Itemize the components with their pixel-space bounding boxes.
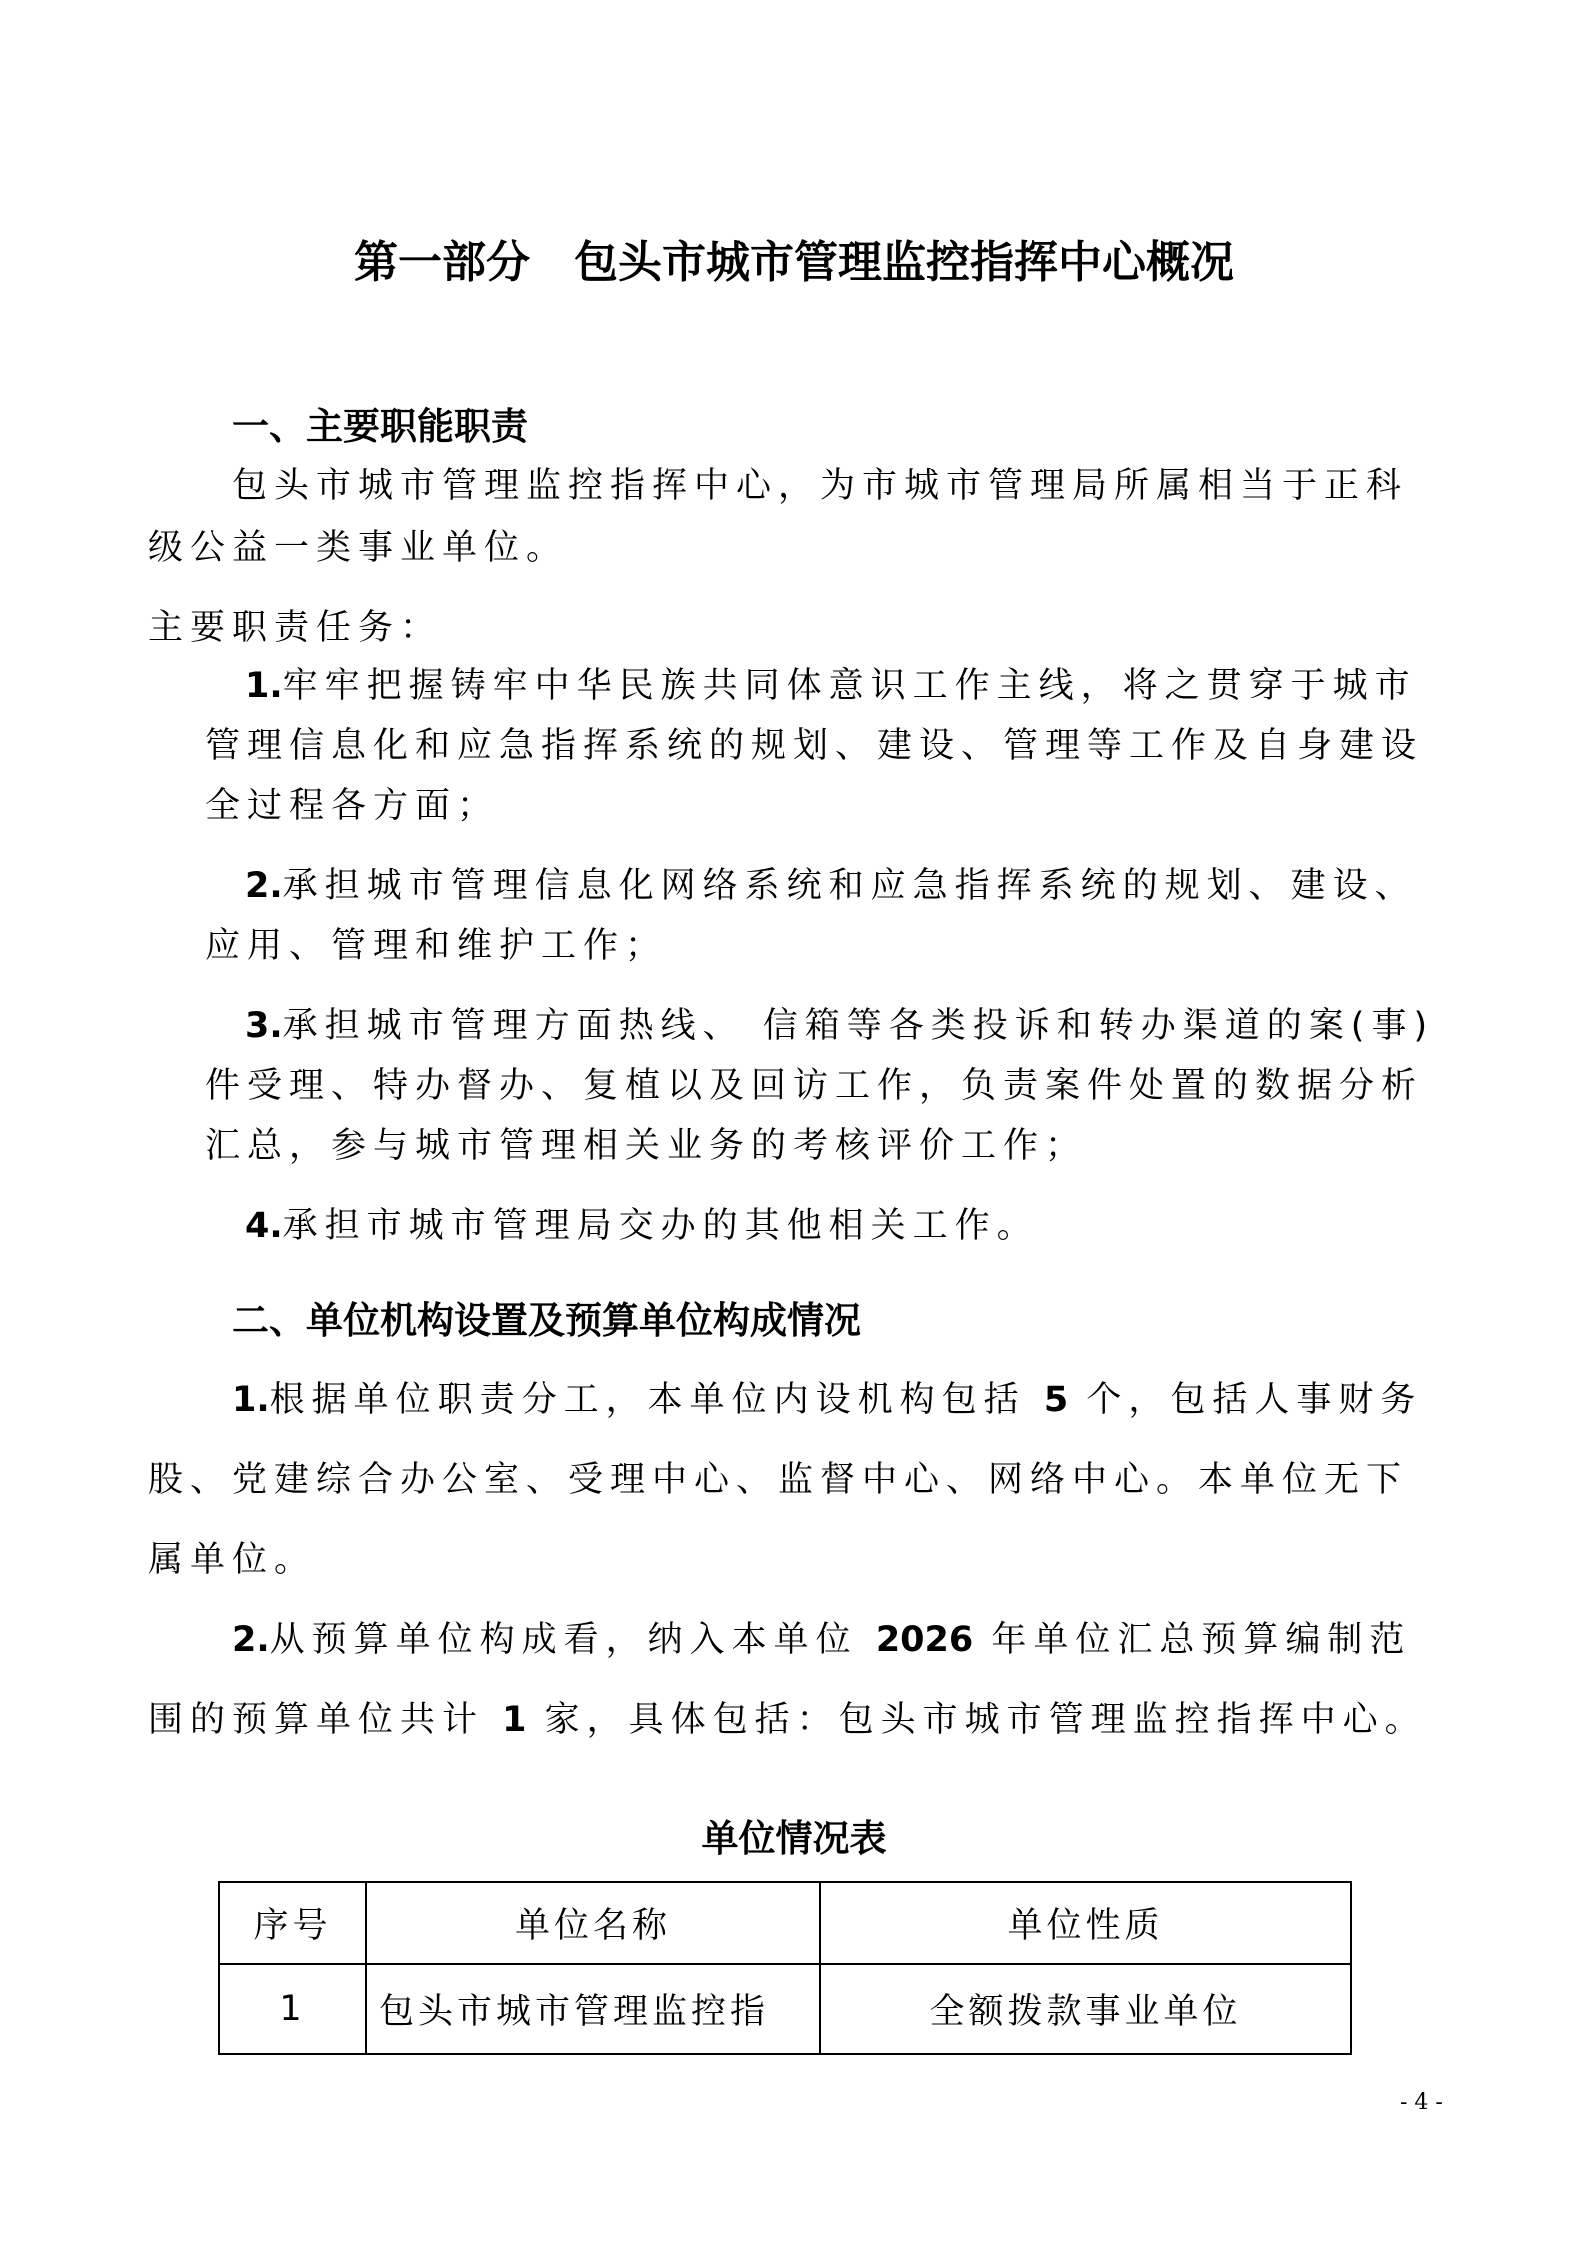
structure-p1-line-2: 股、党建综合办公室、受理中心、监督中心、网络中心。本单位无下 [148,1452,1408,1502]
task-2-line-2: 应用、管理和维护工作； [205,918,667,968]
header-serial: 序号 [219,1882,366,1964]
structure-p1-line-1: 1.根据单位职责分工，本单位内设机构包括 5 个，包括人事财务 [232,1372,1422,1422]
structure-p1-line-3: 属单位。 [148,1532,316,1582]
header-unit-nature: 单位性质 [820,1882,1351,1964]
cell-unit-name: 包头市城市管理监控指 [366,1964,820,2054]
tasks-label: 主要职责任务： [148,600,442,650]
section-heading-structure: 二、单位机构设置及预算单位构成情况 [232,1290,861,1344]
table-header-row: 序号 单位名称 单位性质 [219,1882,1351,1964]
structure-p2-line-1: 2.从预算单位构成看，纳入本单位 2026 年单位汇总预算编制范 [232,1612,1411,1662]
unit-info-table: 序号 单位名称 单位性质 1 包头市城市管理监控指 全额拨款事业单位 [218,1881,1352,2055]
document-page: 第一部分 包头市城市管理监控指挥中心概况 一、主要职能职责 包头市城市管理监控指… [0,0,1588,2245]
task-1-line-3: 全过程各方面； [205,778,499,828]
task-3-line-1: 3.承担城市管理方面热线、 信箱等各类投诉和转办渠道的案(事) [245,998,1434,1048]
header-unit-name: 单位名称 [366,1882,820,1964]
task-1-line-2: 管理信息化和应急指挥系统的规划、建设、管理等工作及自身建设 [205,718,1423,768]
cell-serial: 1 [219,1964,366,2054]
cell-unit-nature: 全额拨款事业单位 [820,1964,1351,2054]
intro-line-1: 包头市城市管理监控指挥中心，为市城市管理局所属相当于正科 [232,458,1408,508]
page-title: 第一部分 包头市城市管理监控指挥中心概况 [0,226,1588,290]
table-caption: 单位情况表 [0,1808,1588,1862]
structure-p2-line-2: 围的预算单位共计 1 家，具体包括：包头市城市管理监控指挥中心。 [148,1692,1427,1742]
task-1-line-1: 1.牢牢把握铸牢中华民族共同体意识工作主线，将之贯穿于城市 [245,658,1417,708]
task-2-line-1: 2.承担城市管理信息化网络系统和应急指挥系统的规划、建设、 [245,858,1417,908]
task-4-line-1: 4.承担市城市管理局交办的其他相关工作。 [245,1198,1039,1248]
task-3-line-3: 汇总，参与城市管理相关业务的考核评价工作； [205,1118,1087,1168]
page-number: - 4 - [1400,2090,1443,2115]
task-3-line-2: 件受理、特办督办、复植以及回访工作，负责案件处置的数据分析 [205,1058,1423,1108]
intro-line-2: 级公益一类事业单位。 [148,520,568,570]
section-heading-duties: 一、主要职能职责 [232,396,528,450]
table-row: 1 包头市城市管理监控指 全额拨款事业单位 [219,1964,1351,2054]
